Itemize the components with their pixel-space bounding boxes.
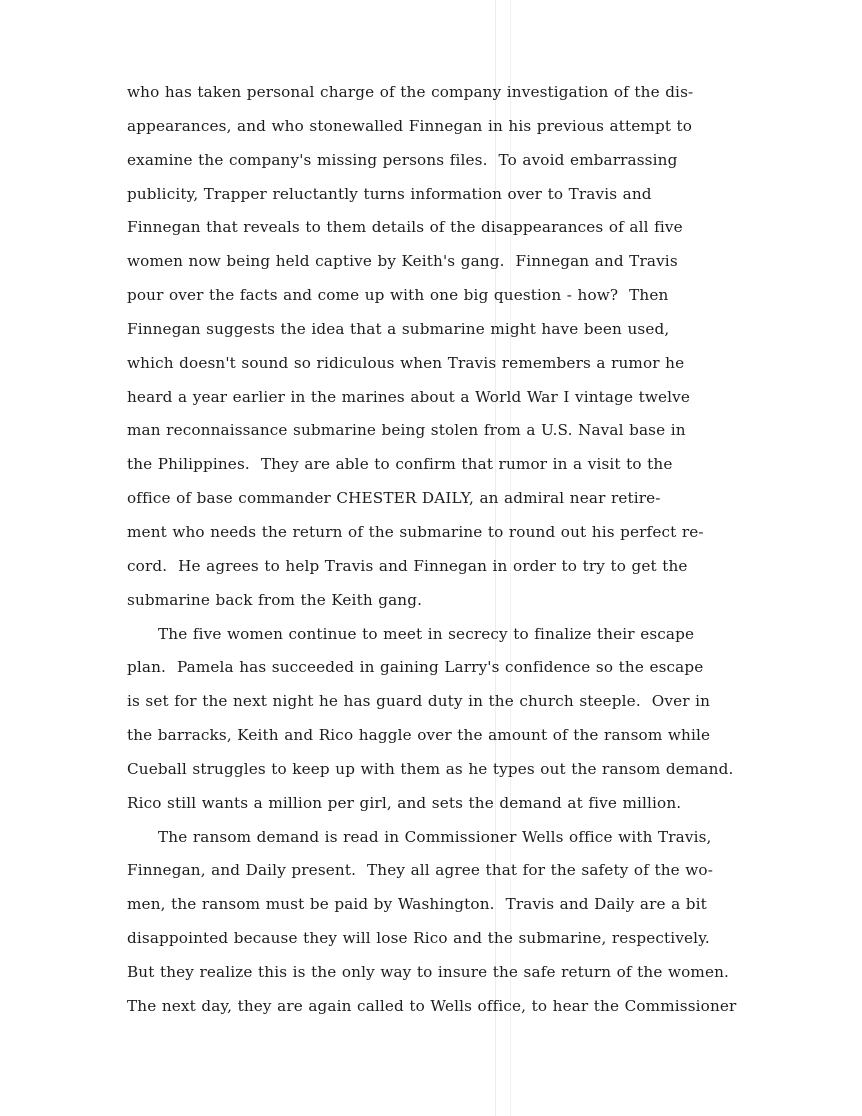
text-line: examine the company's missing persons fi… bbox=[127, 144, 807, 178]
document-body: who has taken personal charge of the com… bbox=[127, 76, 807, 1024]
document-page: who has taken personal charge of the com… bbox=[0, 0, 862, 1116]
text-line: cord. He agrees to help Travis and Finne… bbox=[127, 550, 807, 584]
text-line: Finnegan, and Daily present. They all ag… bbox=[127, 854, 807, 888]
text-line: who has taken personal charge of the com… bbox=[127, 76, 807, 110]
text-line: man reconnaissance submarine being stole… bbox=[127, 414, 807, 448]
text-line: pour over the facts and come up with one… bbox=[127, 279, 807, 313]
text-line: the Philippines. They are able to confir… bbox=[127, 448, 807, 482]
text-line: women now being held captive by Keith's … bbox=[127, 245, 807, 279]
text-line: office of base commander CHESTER DAILY, … bbox=[127, 482, 807, 516]
text-line: appearances, and who stonewalled Finnega… bbox=[127, 110, 807, 144]
text-line: heard a year earlier in the marines abou… bbox=[127, 381, 807, 415]
text-line: The five women continue to meet in secre… bbox=[127, 618, 807, 652]
text-line: men, the ransom must be paid by Washingt… bbox=[127, 888, 807, 922]
text-line: which doesn't sound so ridiculous when T… bbox=[127, 347, 807, 381]
text-line: publicity, Trapper reluctantly turns inf… bbox=[127, 178, 807, 212]
text-line: submarine back from the Keith gang. bbox=[127, 584, 807, 618]
text-line: Finnegan that reveals to them details of… bbox=[127, 211, 807, 245]
text-line: ment who needs the return of the submari… bbox=[127, 516, 807, 550]
paragraph: The ransom demand is read in Commissione… bbox=[127, 821, 807, 1024]
text-line: plan. Pamela has succeeded in gaining La… bbox=[127, 651, 807, 685]
paragraph: who has taken personal charge of the com… bbox=[127, 76, 807, 618]
text-line: The ransom demand is read in Commissione… bbox=[127, 821, 807, 855]
text-line: disappointed because they will lose Rico… bbox=[127, 922, 807, 956]
text-line: Finnegan suggests the idea that a submar… bbox=[127, 313, 807, 347]
paragraph: The five women continue to meet in secre… bbox=[127, 618, 807, 821]
text-line: But they realize this is the only way to… bbox=[127, 956, 807, 990]
text-line: Rico still wants a million per girl, and… bbox=[127, 787, 807, 821]
text-line: The next day, they are again called to W… bbox=[127, 990, 807, 1024]
text-line: the barracks, Keith and Rico haggle over… bbox=[127, 719, 807, 753]
text-line: is set for the next night he has guard d… bbox=[127, 685, 807, 719]
text-line: Cueball struggles to keep up with them a… bbox=[127, 753, 807, 787]
